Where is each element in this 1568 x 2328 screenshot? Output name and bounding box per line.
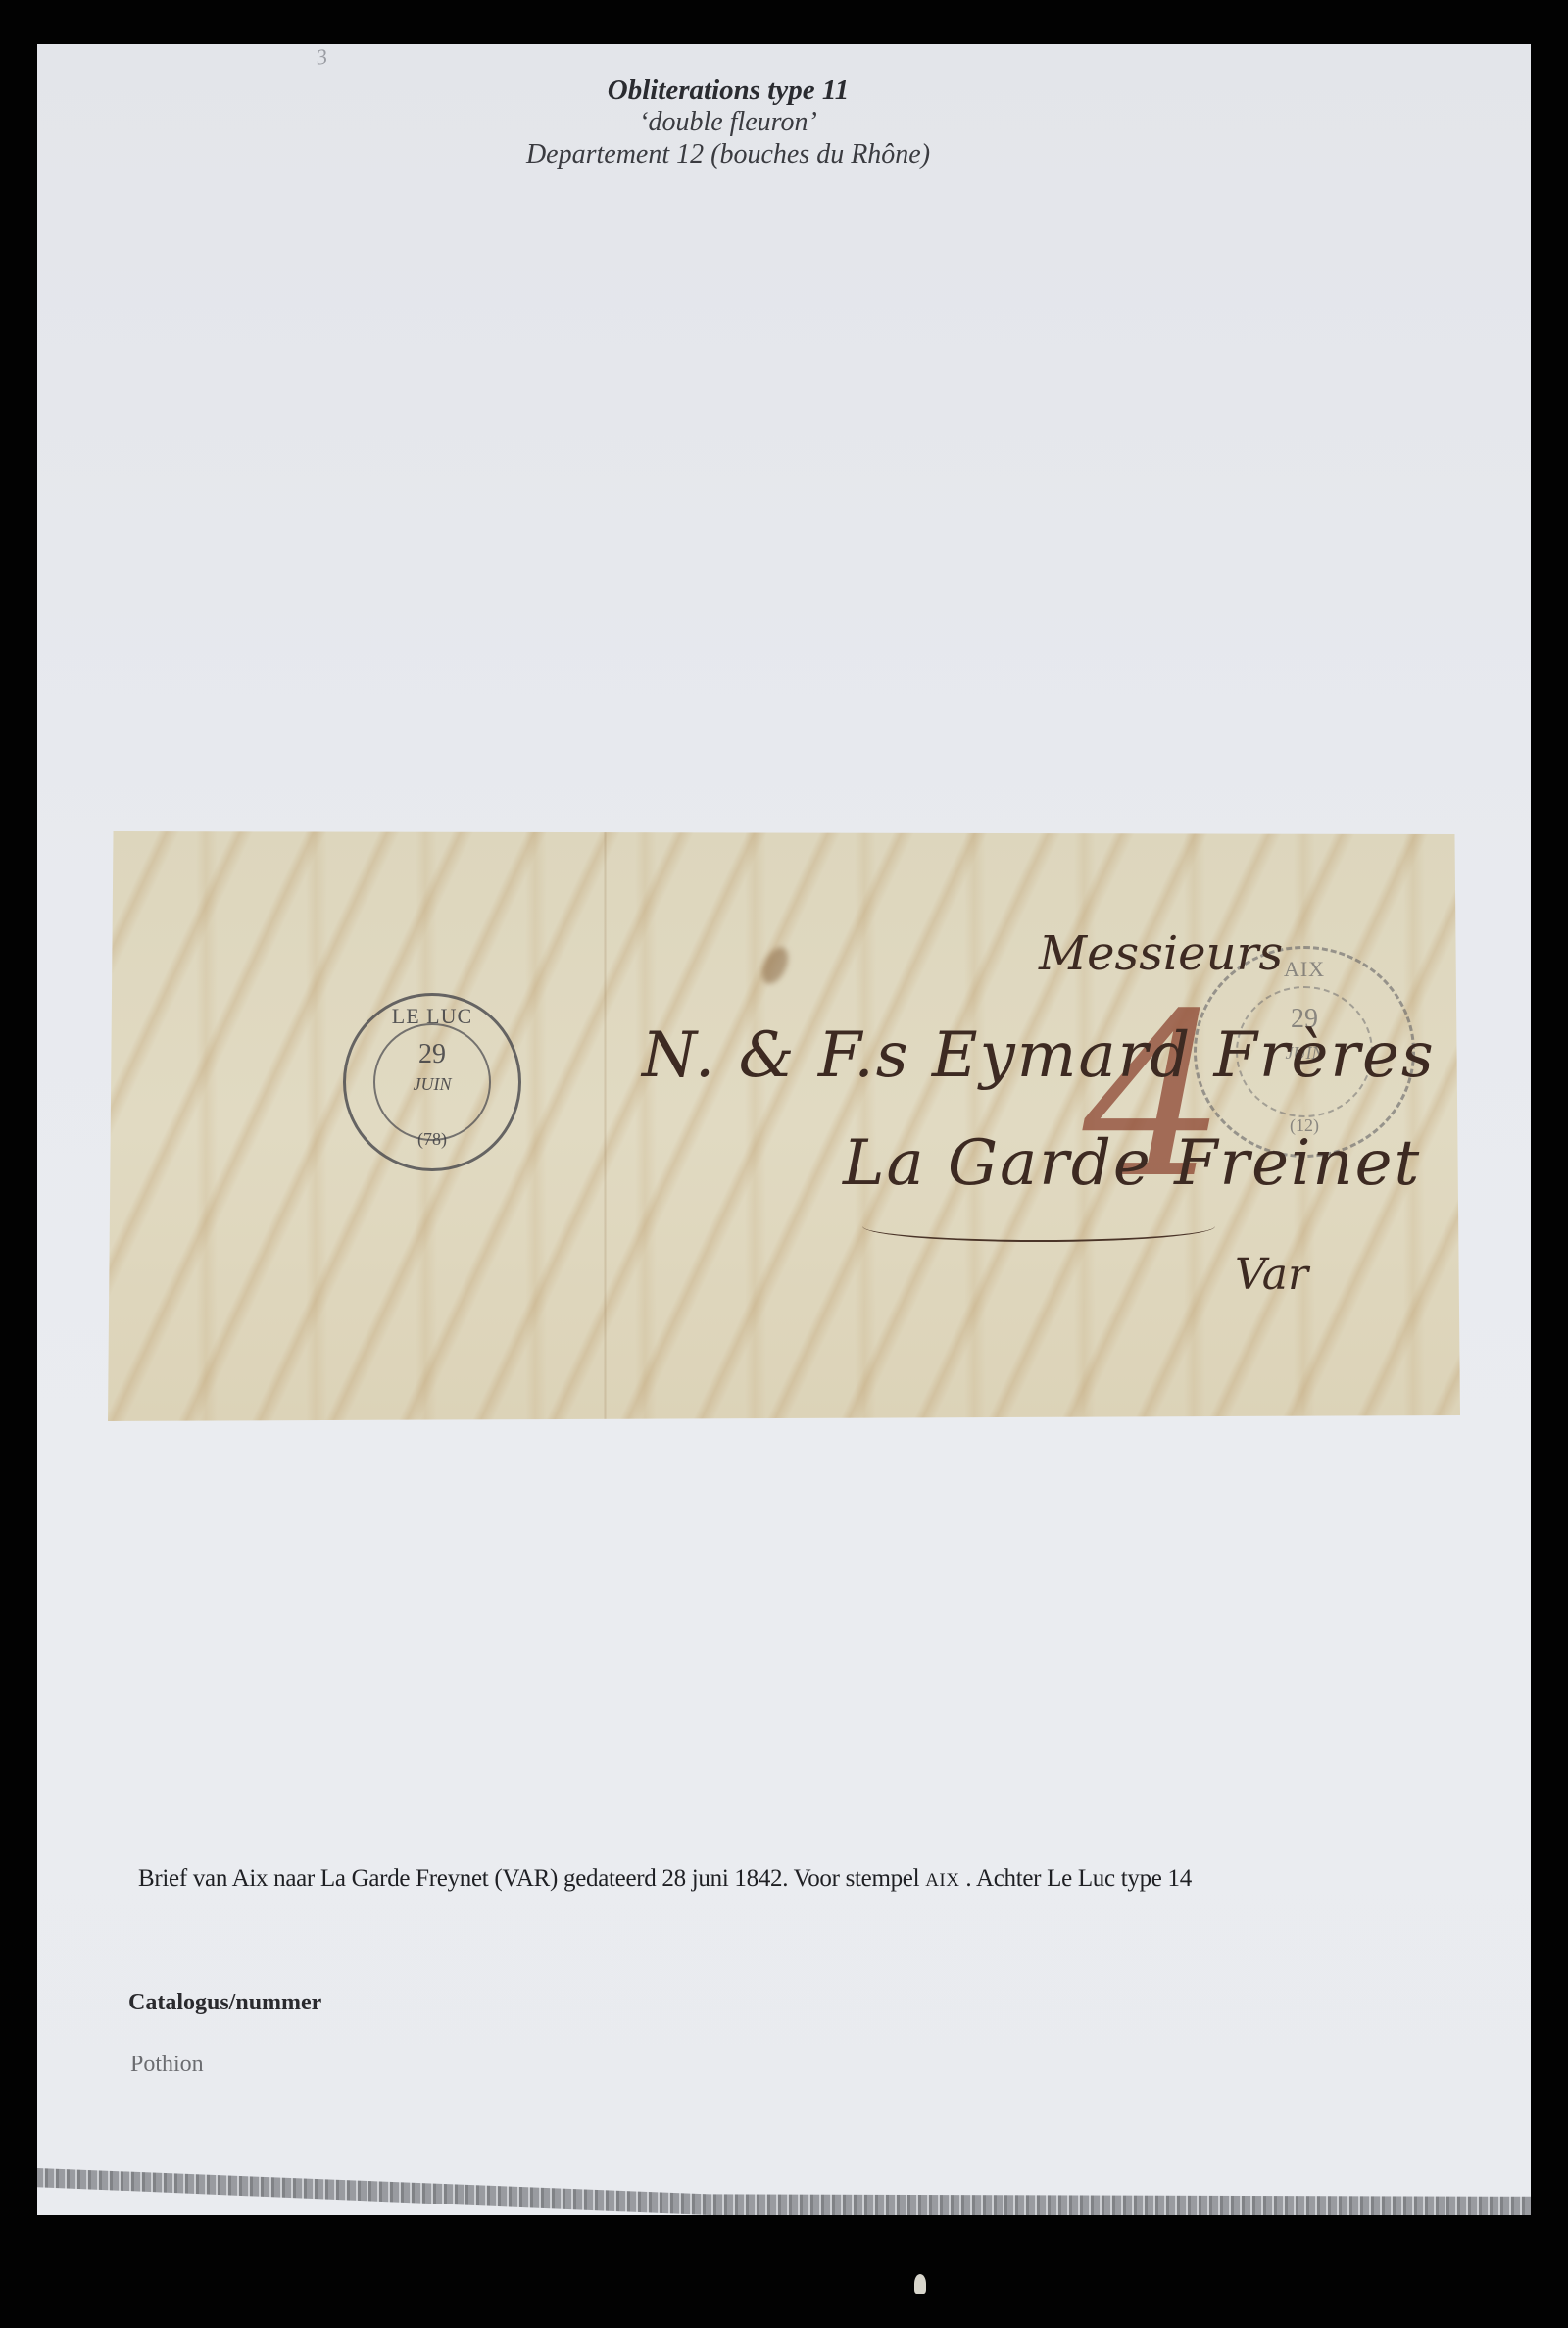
page-header: Obliterations type 11 ‘double fleuron’ D… bbox=[37, 74, 1419, 172]
page-title: Obliterations type 11 bbox=[37, 74, 1419, 107]
address-line-3: La Garde Freinet bbox=[843, 1127, 1421, 1200]
ink-stain bbox=[758, 943, 794, 988]
album-page: 3 Obliterations type 11 ‘double fleuron’… bbox=[37, 44, 1531, 2215]
postmark-day: 29 bbox=[346, 1039, 518, 1070]
le-luc-postmark: LE LUC 29 JUIN (78) bbox=[343, 993, 521, 1171]
pencil-page-number: 3 bbox=[315, 43, 329, 70]
address-line-2: N. & F.s Eymard Frères bbox=[642, 1019, 1436, 1092]
postmark-town: LE LUC bbox=[346, 1004, 518, 1029]
stamp-name: AIX bbox=[925, 1870, 959, 1891]
postal-cover-image: LE LUC 29 JUIN (78) AIX 29 JUIN (12) 4 M… bbox=[108, 828, 1460, 1421]
catalog-label: Catalogus/nummer bbox=[128, 1990, 321, 2016]
description-text-end: . Achter Le Luc type 14 bbox=[959, 1865, 1191, 1892]
description-text: Brief van Aix naar La Garde Freynet (VAR… bbox=[138, 1865, 925, 1892]
department-line: Departement 12 (bouches du Rhône) bbox=[37, 138, 1419, 172]
postmark-month: JUIN bbox=[346, 1074, 518, 1095]
postmark-dept: (78) bbox=[346, 1129, 518, 1150]
fold-line bbox=[604, 828, 607, 1421]
page-subtitle: ‘double fleuron’ bbox=[37, 107, 1419, 138]
cover-description: Brief van Aix naar La Garde Freynet (VAR… bbox=[138, 1865, 1192, 1893]
address-underline bbox=[862, 1211, 1215, 1242]
address-line-1: Messieurs bbox=[1039, 926, 1283, 981]
catalog-value: Pothion bbox=[130, 2052, 204, 2078]
address-line-4: Var bbox=[1235, 1250, 1308, 1300]
binder-tab bbox=[914, 2274, 926, 2294]
